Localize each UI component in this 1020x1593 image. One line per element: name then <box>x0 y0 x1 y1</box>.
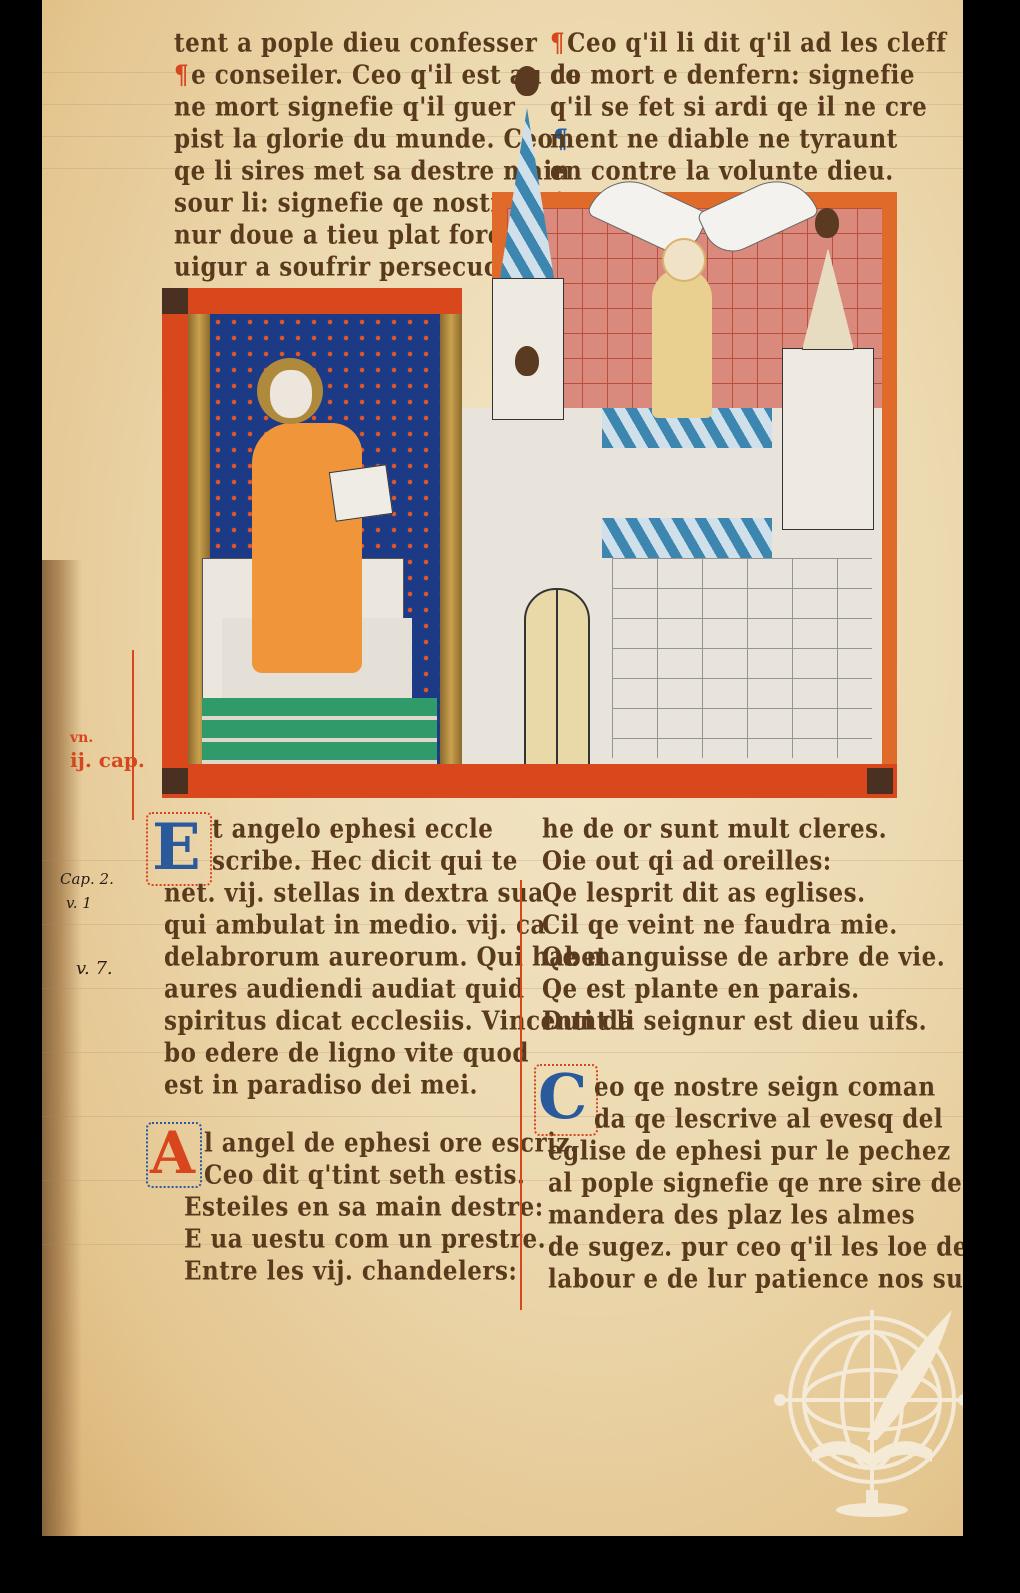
church-door <box>524 588 590 767</box>
text-line: Dunt li seignur est dieu uifs. <box>542 1004 927 1039</box>
book-on-lectern <box>329 464 393 522</box>
text-line: eglise de ephesi pur le pechez <box>548 1134 951 1169</box>
bottom-left-column: E t angelo ephesi eccle scribe. Hec dici… <box>142 812 512 1292</box>
text-line: ne mort signefie q'il guer <box>174 90 515 125</box>
text-line: Entre les vij. chandelers: <box>184 1254 517 1289</box>
text-line: net. vij. stellas in dextra sua <box>164 876 544 911</box>
saint-head <box>270 370 312 418</box>
text-span: pist la glorie du munde. Ceo <box>174 123 553 154</box>
text-line: Qe lesprit dit as eglises. <box>542 876 866 911</box>
pilcrow-icon: ¶ <box>550 26 565 61</box>
red-flourish <box>132 650 134 820</box>
saint-robe <box>252 423 362 673</box>
text-line: Qe manguisse de arbre de vie. <box>542 940 945 975</box>
decorated-initial-a: A <box>150 1124 195 1182</box>
frame-corner <box>867 768 893 794</box>
text-line: l angel de ephesi ore escriz. <box>204 1126 578 1161</box>
pencil-note-cap: Cap. 2. <box>60 870 114 888</box>
angel-head <box>662 238 706 282</box>
text-line: de mort e denfern: signefie <box>550 58 915 93</box>
rubric-small: vn. <box>70 730 93 746</box>
text-line: mandera des plaz les almes <box>548 1198 915 1233</box>
manuscript-page: tent a pople dieu confesser ¶e conseiler… <box>42 0 963 1536</box>
text-line: Oie out qi ad oreilles: <box>542 844 832 879</box>
text-line: eo qe nostre seign coman <box>594 1070 936 1105</box>
pilcrow-icon: ¶ <box>174 58 189 93</box>
armillary-sphere-book-quill-icon <box>772 1290 963 1520</box>
text-line: qui ambulat in medio. vij. ca <box>164 908 546 943</box>
frame-bottom <box>162 764 897 798</box>
text-line: Qe est plante en parais. <box>542 972 860 1007</box>
text-line: ¶Ceo q'il li dit q'il ad les cleff <box>550 26 947 61</box>
text-line: q'il se fet si ardi qe il ne cre <box>550 90 927 125</box>
decorated-initial-c: C <box>538 1066 587 1128</box>
text-span: Ceo q'il li dit q'il ad les cleff <box>567 27 946 58</box>
bottom-right-column: he de or sunt mult cleres. Oie out qi ad… <box>542 812 922 1292</box>
top-right-column: ¶Ceo q'il li dit q'il ad les cleff de mo… <box>550 26 910 196</box>
text-line: t angelo ephesi eccle <box>212 812 493 847</box>
text-line: Ceo dit q'tint seth estis. <box>204 1158 525 1193</box>
text-line: da qe lescrive al evesq del <box>594 1102 943 1137</box>
text-line: delabrorum aureorum. Qui habet <box>164 940 607 975</box>
pencil-note-v7: v. 7. <box>76 958 113 979</box>
decorated-initial-e: E <box>152 816 201 880</box>
text-line: qe li sires met sa destre main <box>174 154 570 189</box>
angel-figure <box>652 268 712 418</box>
text-line: nur doue a tieu plat force e <box>174 218 541 253</box>
text-line: ment ne diable ne tyraunt <box>550 122 898 157</box>
frame-corner <box>162 768 188 794</box>
text-line: en contre la volunte dieu. <box>550 154 894 189</box>
text-line: uigur a soufrir persecucion <box>174 250 541 285</box>
text-line: de sugez. pur ceo q'il les loe de lur <box>548 1230 963 1265</box>
text-line: tent a pople dieu confesser <box>174 26 537 61</box>
gold-column <box>440 314 462 764</box>
finial <box>515 346 539 376</box>
right-tower <box>782 348 874 530</box>
text-line: scribe. Hec dicit qui te <box>212 844 518 879</box>
pencil-note-v1: v. 1 <box>66 894 92 912</box>
miniature-illustration <box>162 288 897 798</box>
blue-roof <box>602 518 772 558</box>
text-line: aures audiendi audiat quid <box>164 972 525 1007</box>
green-steps <box>202 698 437 764</box>
text-line: est in paradiso dei mei. <box>164 1068 478 1103</box>
brick-wall <box>612 558 872 758</box>
text-line: Esteiles en sa main destre: <box>184 1190 544 1225</box>
text-line: E ua uestu com un prestre. <box>184 1222 546 1257</box>
red-flourish <box>520 880 522 1310</box>
text-line: al pople signefie qe nre sire de <box>548 1166 962 1201</box>
text-line: bo edere de ligno vite quod <box>164 1036 529 1071</box>
frame-corner <box>162 288 188 314</box>
finial <box>515 66 539 96</box>
text-line: Cil qe veint ne faudra mie. <box>542 908 898 943</box>
text-line: he de or sunt mult cleres. <box>542 812 887 847</box>
top-left-column: tent a pople dieu confesser ¶e conseiler… <box>174 26 504 286</box>
text-line: pist la glorie du munde. Ceo¶ <box>174 122 570 157</box>
finial <box>815 208 839 238</box>
